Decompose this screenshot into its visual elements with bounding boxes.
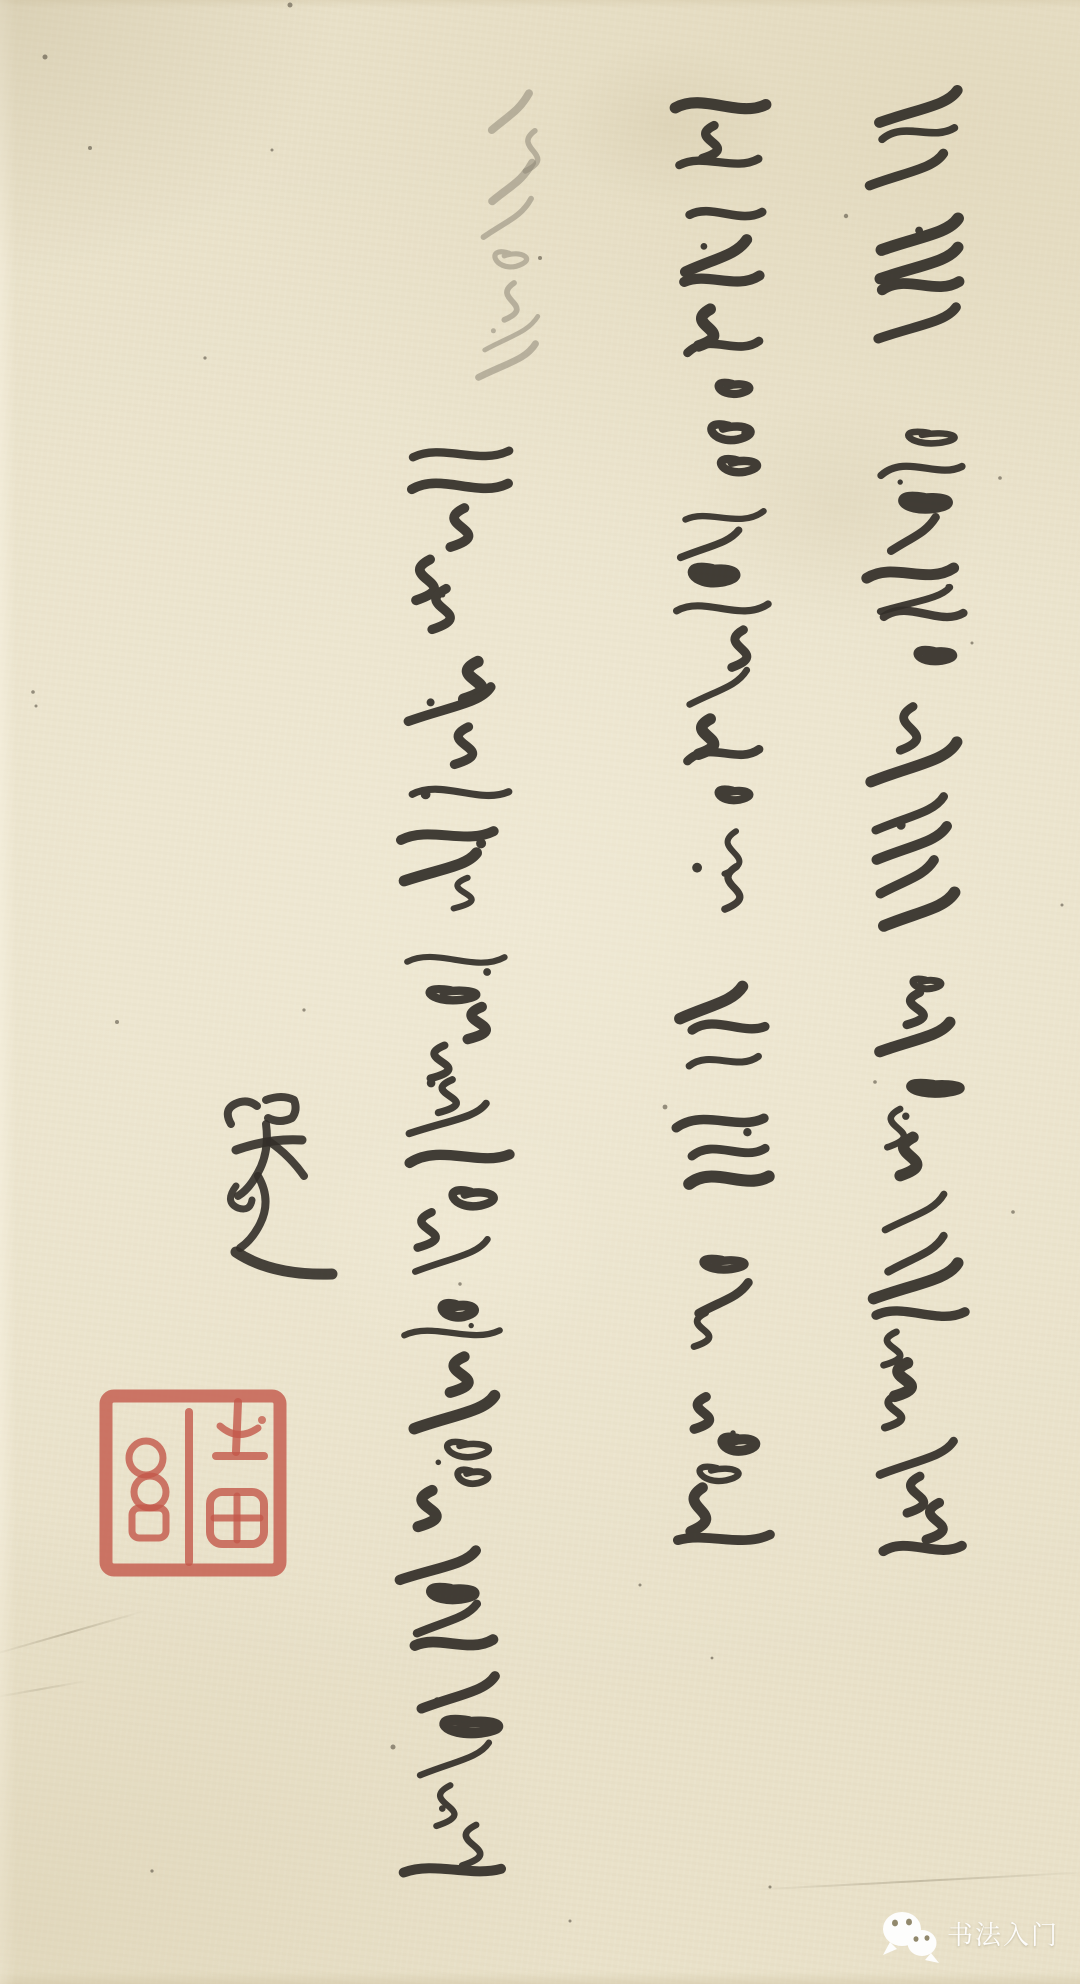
calligraphy-character xyxy=(871,707,957,782)
calligraphy-character xyxy=(401,831,494,908)
calligraphy-character xyxy=(870,90,958,185)
calligraphy-character xyxy=(416,559,450,629)
calligraphy-character xyxy=(677,604,769,704)
calligraphy-character xyxy=(410,1154,510,1271)
calligraphy-character xyxy=(884,611,963,661)
artist-signature xyxy=(228,1097,332,1274)
calligraphy-character xyxy=(711,424,757,472)
calligraphy-character xyxy=(483,163,532,267)
calligraphy-character xyxy=(681,511,764,581)
calligraphy-character xyxy=(680,986,765,1066)
calligraphy-column-4 xyxy=(479,93,538,377)
calligraphy-character xyxy=(874,1194,958,1299)
calligraphy-column-2 xyxy=(675,103,770,1540)
calligraphy-character xyxy=(675,103,766,165)
paper-specks xyxy=(31,3,1063,1923)
calligraphy-character xyxy=(876,797,955,926)
calligraphy-character xyxy=(887,1083,960,1175)
calligraphy-character xyxy=(676,1118,768,1184)
calligraphy-character xyxy=(684,211,762,282)
calligraphy-character xyxy=(694,1397,755,1481)
artwork-canvas xyxy=(0,0,1080,1984)
calligraphy-character xyxy=(420,1676,498,1775)
calligraphy-album-leaf: 书法入门 xyxy=(0,0,1080,1984)
calligraphy-character xyxy=(404,1304,499,1393)
calligraphy-character xyxy=(414,1396,494,1527)
calligraphy-character xyxy=(409,1045,486,1133)
calligraphy-character xyxy=(404,1785,501,1872)
calligraphy-character xyxy=(881,432,962,551)
calligraphy-character xyxy=(878,218,959,338)
calligraphy-column-1 xyxy=(867,90,965,1551)
calligraphy-character xyxy=(687,309,759,394)
calligraphy-character xyxy=(479,283,538,377)
calligraphy-character xyxy=(412,789,509,799)
calligraphy-character xyxy=(867,568,954,612)
calligraphy-character xyxy=(880,1441,962,1551)
calligraphy-character xyxy=(408,662,490,765)
calligraphy-character xyxy=(876,1311,965,1428)
calligraphy-character xyxy=(694,1259,748,1347)
calligraphy-character xyxy=(880,979,950,1052)
calligraphy-character xyxy=(678,1488,770,1541)
calligraphy-character xyxy=(687,719,759,800)
calligraphy-character xyxy=(400,1550,493,1645)
artist-seal xyxy=(106,1396,280,1570)
calligraphy-character xyxy=(692,831,740,909)
calligraphy-character xyxy=(407,957,504,1039)
calligraphy-column-3 xyxy=(400,451,510,1873)
calligraphy-character xyxy=(412,451,509,547)
